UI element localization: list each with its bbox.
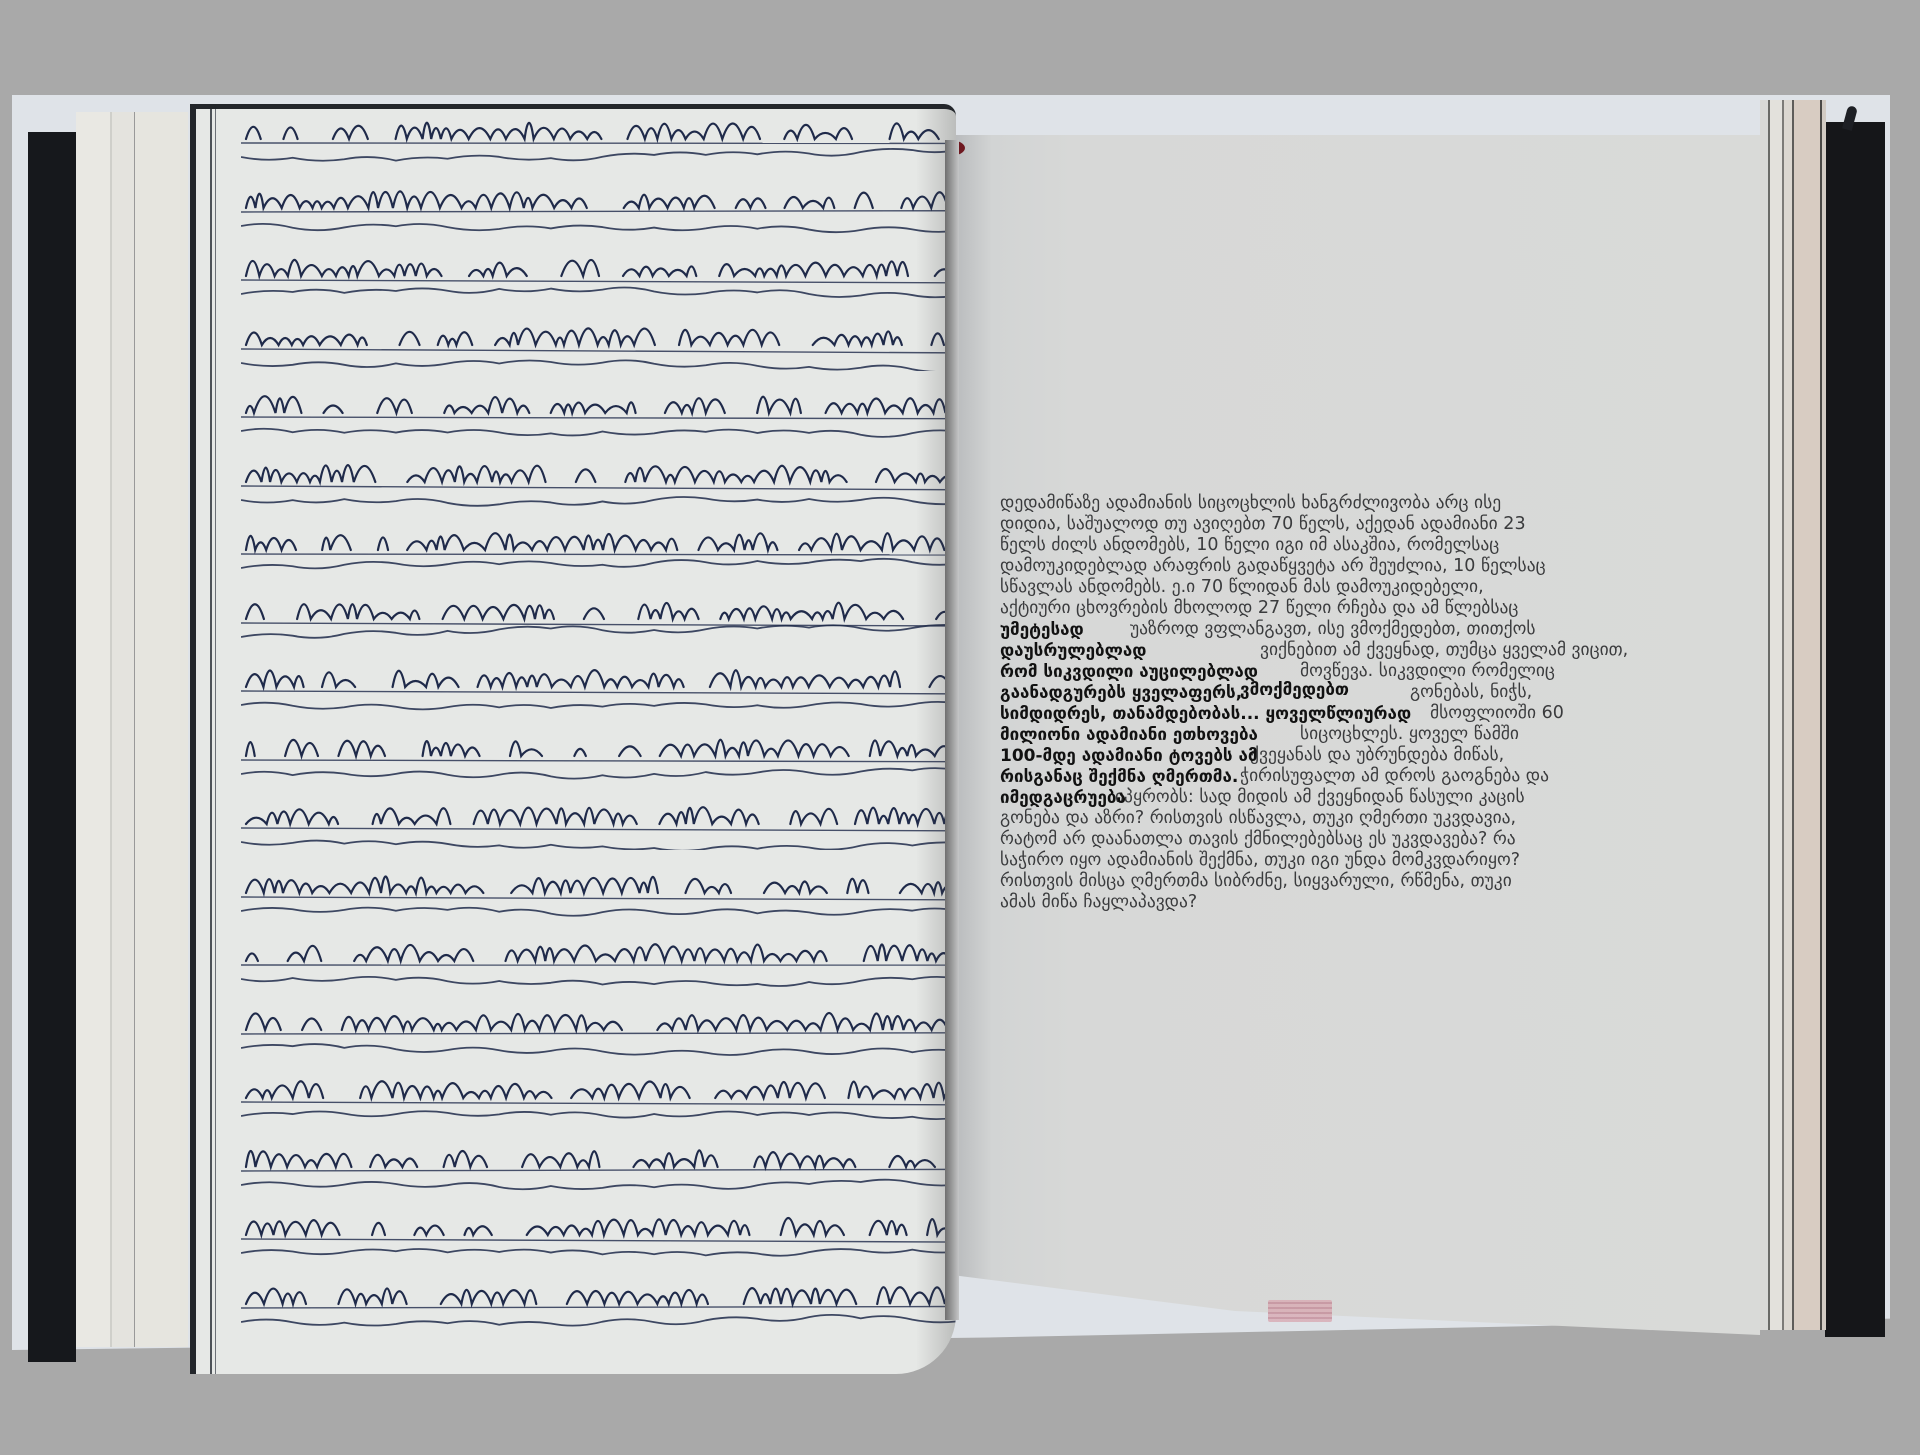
handwritten-line [241, 647, 956, 713]
text-line: უაზროდ ვფლანგავთ, ისე ვმოქმედებთ, თითქოს [1000, 619, 1610, 640]
handwritten-line [241, 853, 956, 919]
handwritten-line [241, 236, 956, 302]
text-line: გონება და აზრი? რისთვის ისწავლა, თუკი ღმ… [1000, 808, 1610, 829]
text-line: დამოუკიდებლად არაფრის გადაწყვეტა არ შეუძ… [1000, 556, 1610, 577]
handwritten-line [241, 442, 956, 508]
handwritten-line [241, 1264, 956, 1330]
overlay-word: გაანადგურებს ყველაფერს, [1000, 683, 1242, 703]
overlay-word: ვმოქმედებთ [1240, 680, 1349, 700]
text-line: ამას მიწა ჩაყლაპავდა? [1000, 892, 1610, 913]
handwritten-line [241, 305, 956, 371]
overlay-word: 100-მდე ადამიანი ტოვებს ამ [1000, 746, 1258, 766]
handwritten-line [241, 990, 956, 1056]
text-line: დედამიწაზე ადამიანის სიცოცხლის ხანგრძლივ… [1000, 493, 1610, 514]
page-stack-right [1760, 100, 1826, 1330]
overlay-word: დაუსრულებლად [1000, 641, 1147, 661]
handwritten-line [241, 1127, 956, 1193]
text-line: სწავლას ანდომებს. ე.ი 70 წლიდან მას დამო… [1000, 577, 1610, 598]
handwritten-line [241, 104, 956, 165]
overlay-word: მილიონი ადამიანი ეთხოვება [1000, 725, 1258, 745]
handwritten-page [190, 104, 956, 1374]
handwritten-line [241, 510, 956, 576]
handwritten-line [241, 168, 956, 234]
publisher-logo-icon [1268, 1300, 1332, 1322]
text-line: აქტიური ცხოვრების მხოლოდ 27 წელი რჩება დ… [1000, 598, 1610, 619]
handwritten-line [241, 1058, 956, 1124]
handwritten-line [241, 373, 956, 439]
text-line: რისთვის მისცა ღმერთმა სიბრძნე, სიყვარული… [1000, 871, 1610, 892]
overlay-word: რომ სიკვდილი აუცილებლად [1000, 662, 1258, 682]
overlay-word: უმეტესად [1000, 620, 1084, 640]
book-gutter [945, 140, 959, 1320]
text-line: საჭირო იყო ადამიანის შექმნა, თუკი იგი უნ… [1000, 850, 1610, 871]
text-line: წელს ძილს ანდომებს, 10 წელი იგი იმ ასაკშ… [1000, 535, 1610, 556]
page-stack-left [76, 112, 188, 1347]
text-line: დიდია, საშუალოდ თუ ავიღებთ 70 წელს, აქედ… [1000, 514, 1610, 535]
handwritten-line [241, 716, 956, 782]
handwritten-line [241, 921, 956, 987]
handwritten-line [241, 1195, 956, 1261]
printed-text-block: დედამიწაზე ადამიანის სიცოცხლის ხანგრძლივ… [1000, 493, 1610, 913]
cover-inner-left [28, 132, 76, 1362]
overlay-word: სიმდიდრეს, თანამდებობას... ყოველწლიურად [1000, 704, 1411, 724]
handwritten-line [241, 579, 956, 645]
overlay-word: რისგანაც შექმნა ღმერთმა. [1000, 767, 1238, 787]
cover-inner-right [1825, 122, 1885, 1337]
text-line: რატომ არ დაანათლა თავის ქმნილებებსაც ეს … [1000, 829, 1610, 850]
handwritten-line [241, 784, 956, 850]
overlay-word: იმედგაცრუება [1000, 788, 1126, 808]
